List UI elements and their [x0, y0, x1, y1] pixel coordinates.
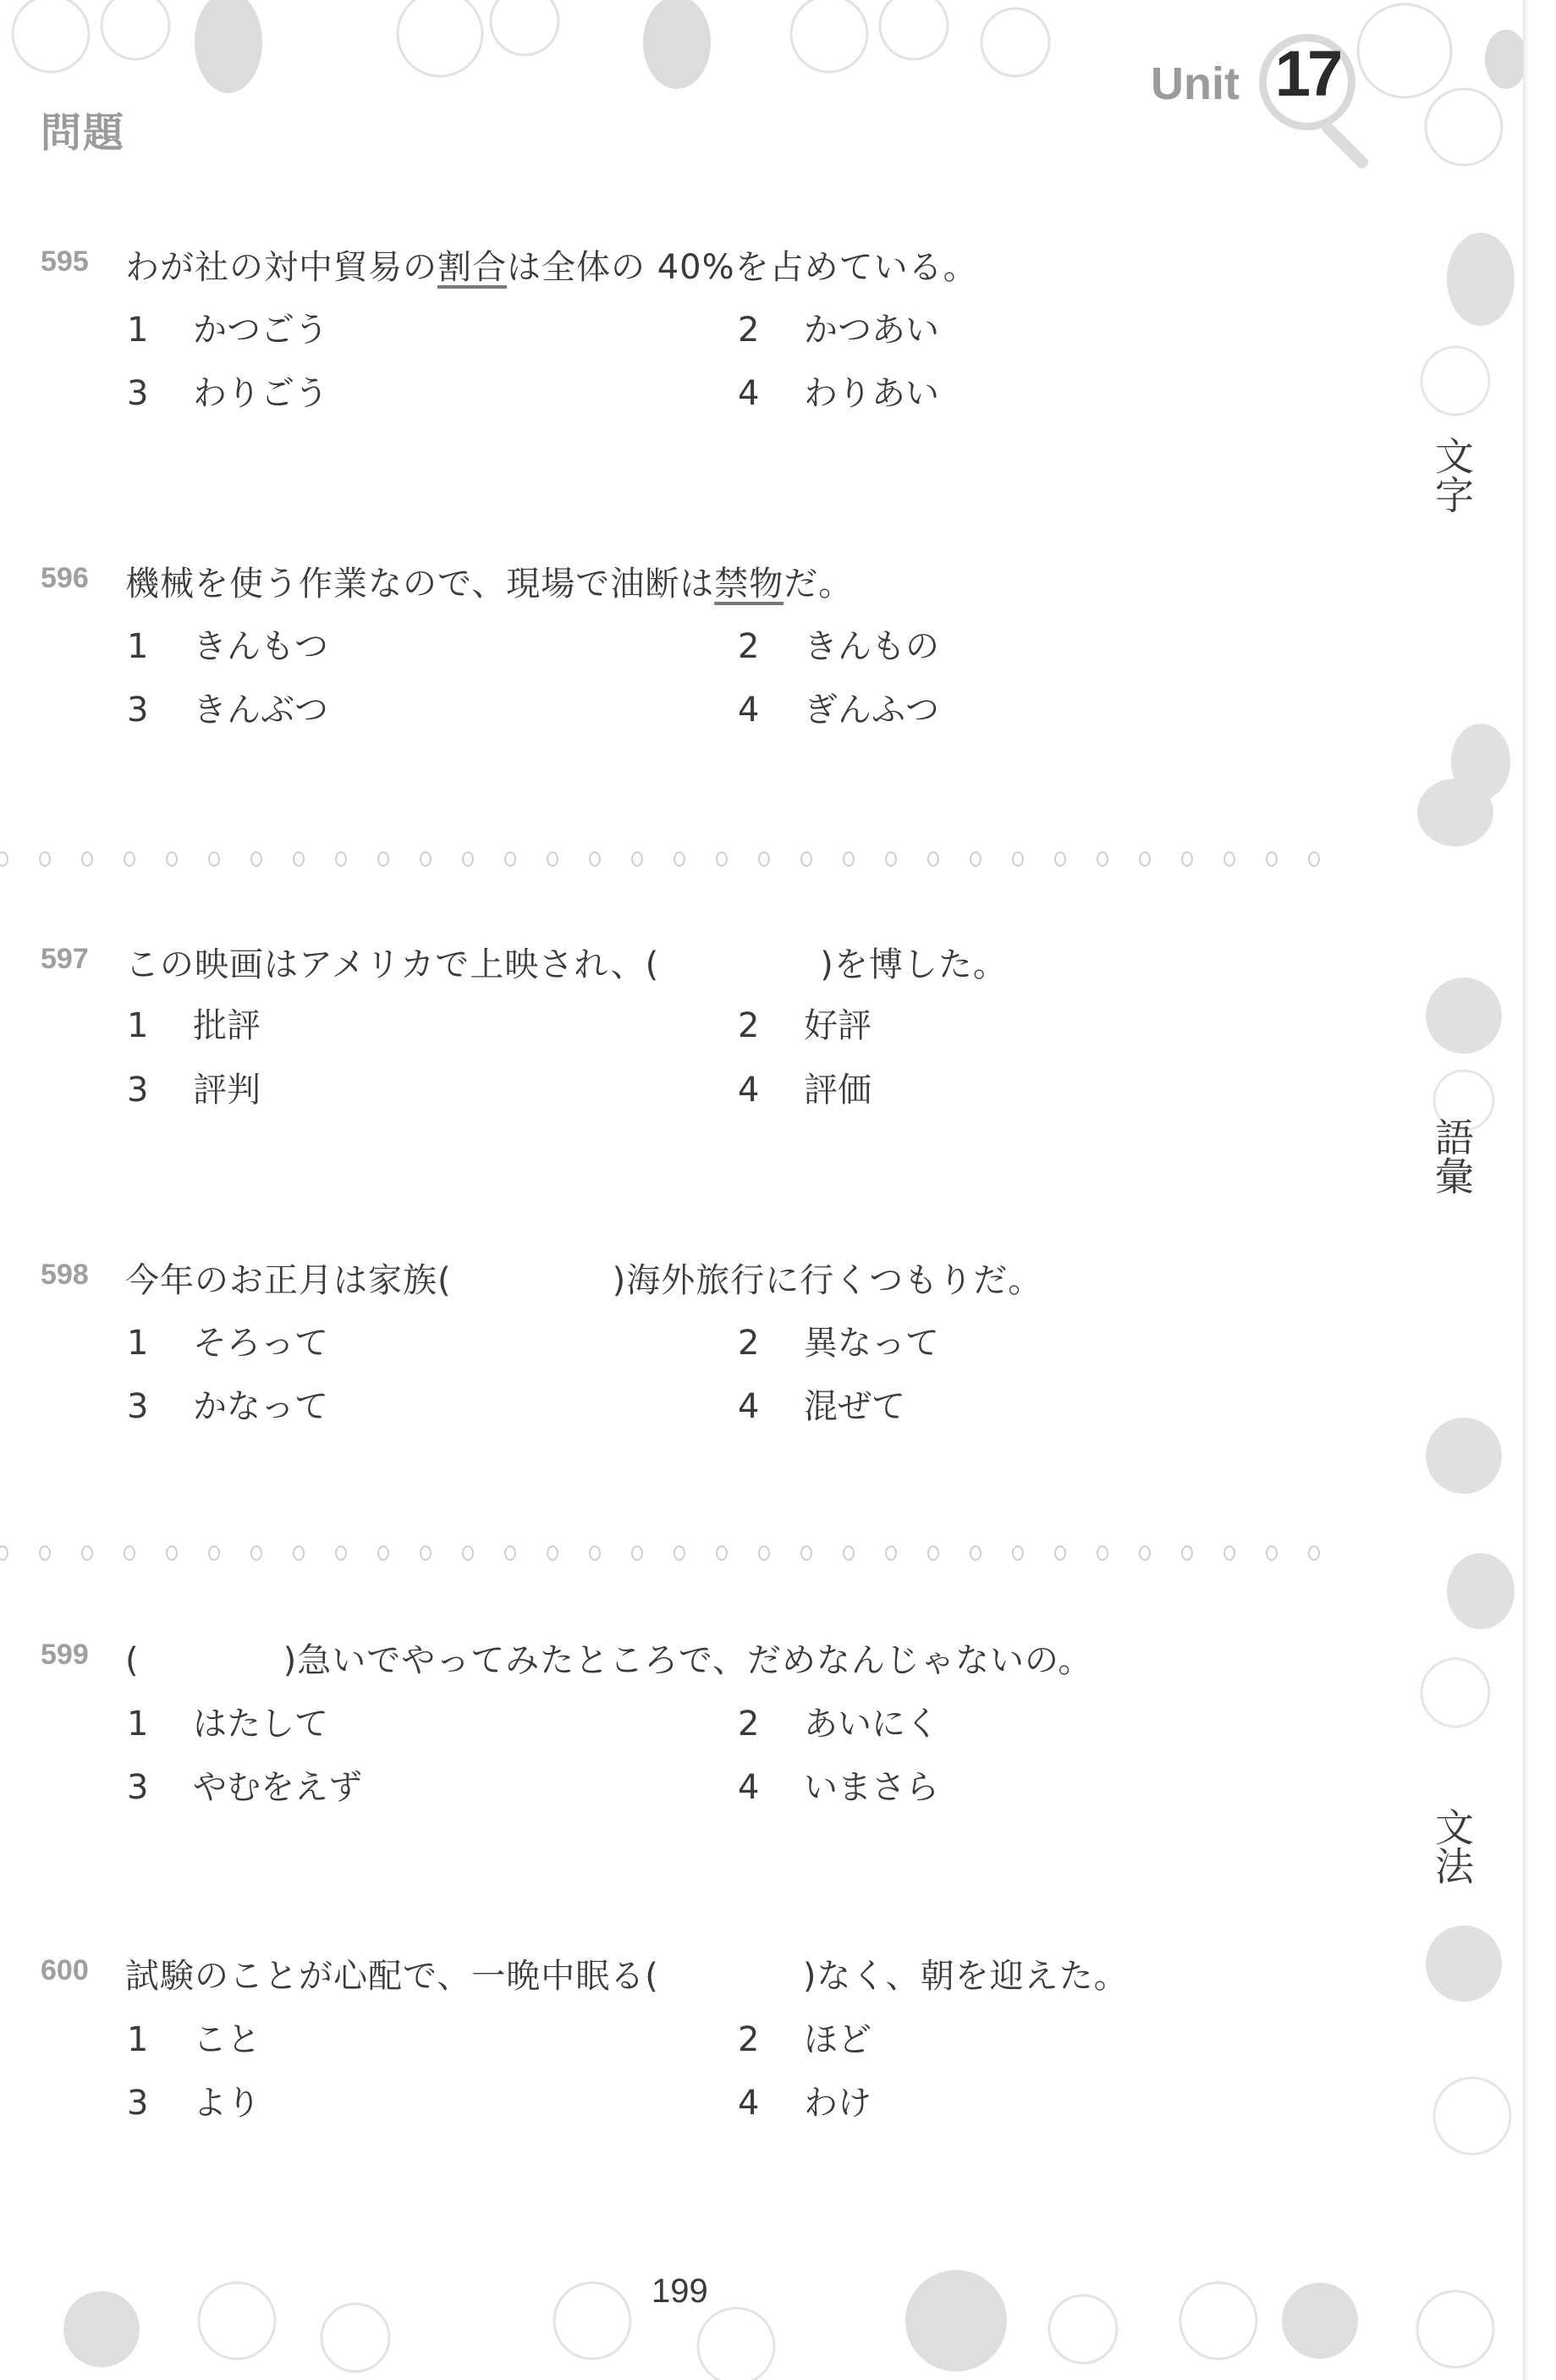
option-1[interactable]: 1批評 [127, 999, 261, 1047]
option-4[interactable]: 4ぎんふつ [738, 683, 939, 731]
question-text: わが社の対中貿易の割合は全体の 40%を占めている。 [125, 240, 978, 289]
option-2[interactable]: 2ほど [738, 2013, 871, 2061]
option-3[interactable]: 3評判 [127, 1063, 261, 1111]
underlined-word: 禁物 [714, 565, 783, 603]
question-number: 598 [41, 1259, 89, 1292]
dotted-divider [0, 850, 1367, 868]
option-4[interactable]: 4混ぜて [738, 1380, 905, 1428]
side-label-goi: 語彙 [1430, 1117, 1472, 1195]
unit-label: Unit [1151, 58, 1240, 110]
underlined-word: 割合 [437, 248, 507, 287]
side-label-moji: 文字 [1430, 436, 1472, 514]
side-label-bunpou: 文法 [1430, 1807, 1472, 1885]
unit-badge: Unit 17 [1151, 34, 1345, 135]
magnifier-handle [1320, 120, 1370, 170]
option-4[interactable]: 4わけ [738, 2076, 871, 2124]
option-2[interactable]: 2あいにく [738, 1697, 939, 1745]
answer-blank [140, 1641, 283, 1680]
question-number: 600 [41, 1954, 89, 1987]
answer-blank [659, 1957, 803, 1996]
answer-blank [452, 1261, 613, 1300]
option-4[interactable]: 4評価 [738, 1063, 871, 1111]
question-text: 機械を使う作業なので、現場で油断は禁物だ。 [125, 557, 853, 605]
question-text: 試験のことが心配で、一晩中眠る( )なく、朝を迎えた。 [125, 1949, 1129, 1997]
question-text: 今年のお正月は家族( )海外旅行に行くつもりだ。 [125, 1253, 1042, 1302]
question-number: 597 [41, 943, 89, 976]
question-text: ( )急いでやってみたところで、だめなんじゃないの。 [125, 1633, 1092, 1682]
dotted-divider [0, 1544, 1367, 1562]
option-1[interactable]: 1そろって [127, 1316, 328, 1364]
option-4[interactable]: 4わりあい [738, 366, 939, 415]
option-3[interactable]: 3やむをえず [127, 1760, 362, 1809]
option-3[interactable]: 3きんぶつ [127, 683, 328, 731]
option-1[interactable]: 1こと [127, 2013, 261, 2061]
floral-decoration-bottom [0, 2228, 1556, 2380]
option-3[interactable]: 3かなって [127, 1380, 328, 1428]
question-text: この映画はアメリカで上映され、( )を博した。 [125, 938, 1008, 986]
option-1[interactable]: 1はたして [127, 1697, 328, 1745]
question-number: 596 [41, 562, 89, 595]
option-4[interactable]: 4いまさら [738, 1760, 939, 1809]
page-edge [1523, 0, 1556, 2380]
question-number: 595 [41, 245, 89, 278]
option-3[interactable]: 3より [127, 2076, 261, 2124]
section-title: 問題 [41, 100, 125, 158]
question-number: 599 [41, 1639, 89, 1672]
option-2[interactable]: 2きんもの [738, 620, 939, 668]
unit-number: 17 [1259, 37, 1355, 111]
option-1[interactable]: 1かつごう [127, 303, 328, 351]
option-2[interactable]: 2異なって [738, 1316, 939, 1364]
page-number: 199 [652, 2273, 708, 2311]
answer-blank [659, 945, 820, 984]
option-2[interactable]: 2好評 [738, 999, 871, 1047]
option-3[interactable]: 3わりごう [127, 366, 328, 415]
option-1[interactable]: 1きんもつ [127, 620, 328, 668]
option-2[interactable]: 2かつあい [738, 303, 939, 351]
